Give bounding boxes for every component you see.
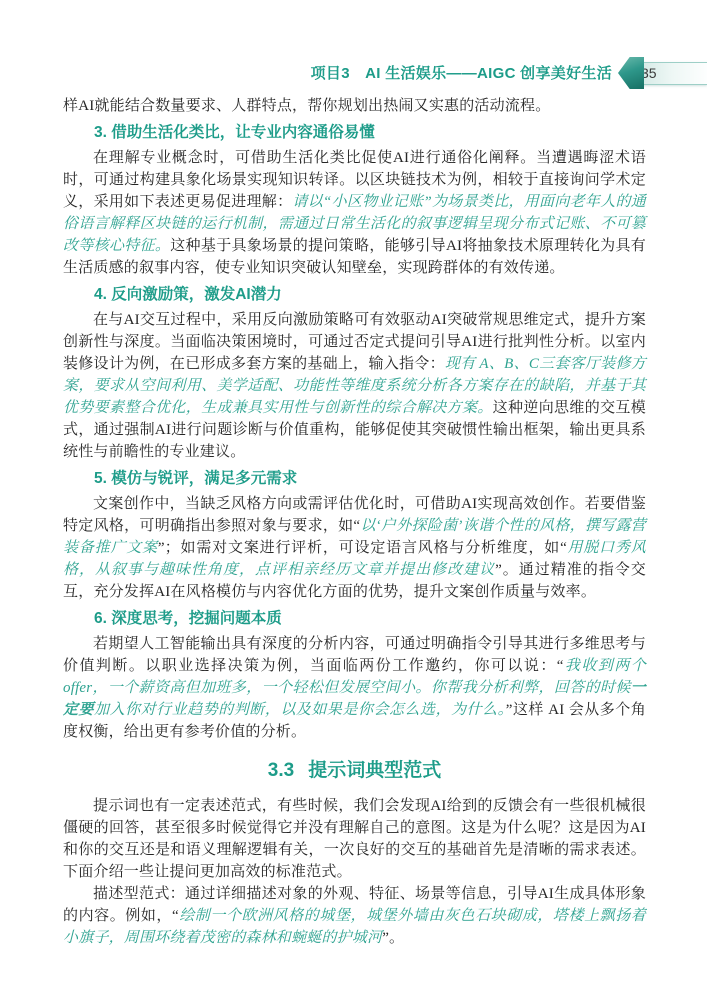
- running-header-title: 项目3 AI 生活娱乐——AIGC 创享美好生活: [311, 62, 612, 83]
- running-header: 项目3 AI 生活娱乐——AIGC 创享美好生活 35: [0, 56, 707, 92]
- subheading-3-analogy: 3. 借助生活化类比，让专业内容通俗易懂: [63, 122, 646, 144]
- body-text-run: 若期望人工智能输出具有深度的分析内容，可通过明确指令引导其进行多维思考与价值判断…: [63, 636, 646, 674]
- paragraph-analogy: 在理解专业概念时，可借助生活化类比促使AI进行通俗化阐释。当遭遇晦涩术语时，可通…: [63, 147, 646, 279]
- document-body: 样AI就能结合数量要求、人群特点，帮你规划出热闹又实惠的活动流程。 3. 借助生…: [63, 95, 646, 949]
- prompt-quote-text: 加入你对行业趋势的判断，以及如果是你会怎么选，为什么。: [94, 702, 506, 718]
- section-title: 提示词典型范式: [308, 760, 441, 781]
- paragraph-prompt-paradigm-intro: 提示词也有一定表述范式，有些时候，我们会发现AI给到的反馈会有一些很机械很僵硬的…: [63, 795, 646, 883]
- paragraph-deep-thinking: 若期望人工智能输出具有深度的分析内容，可通过明确指令引导其进行多维思考与价值判断…: [63, 633, 646, 743]
- section-heading-3-3: 3.3提示词典型范式: [63, 758, 646, 784]
- subheading-6-deep-thinking: 6. 深度思考，挖掘问题本质: [63, 608, 646, 630]
- paragraph-descriptive-paradigm: 描述型范式：通过详细描述对象的外观、特征、场景等信息，引导AI生成具体形象的内容…: [63, 883, 646, 949]
- body-text-run: ”；如需对文案进行评析，可设定语言风格与分析维度，如“: [158, 540, 567, 556]
- body-text-run: 提示词也有一定表述范式，有些时候，我们会发现AI给到的反馈会有一些很机械很僵硬的…: [63, 798, 646, 880]
- section-number: 3.3: [268, 760, 294, 781]
- paragraph-imitation-review: 文案创作中，当缺乏风格方向或需评估优化时，可借助AI实现高效创作。若要借鉴特定风…: [63, 493, 646, 603]
- book-page: 项目3 AI 生活娱乐——AIGC 创享美好生活 35 样AI就能结合数量要求、…: [0, 0, 707, 993]
- body-text-run: ”。: [382, 930, 404, 946]
- left-arrow-icon: [618, 57, 644, 89]
- subheading-4-reverse-incentive: 4. 反向激励策，激发AI潜力: [63, 284, 646, 306]
- paragraph-continuation: 样AI就能结合数量要求、人群特点，帮你规划出热闹又实惠的活动流程。: [63, 95, 646, 117]
- subheading-5-imitation-review: 5. 模仿与锐评，满足多元需求: [63, 468, 646, 490]
- paragraph-reverse-incentive: 在与AI交互过程中，采用反向激励策略可有效驱动AI突破常规思维定式，提升方案创新…: [63, 309, 646, 463]
